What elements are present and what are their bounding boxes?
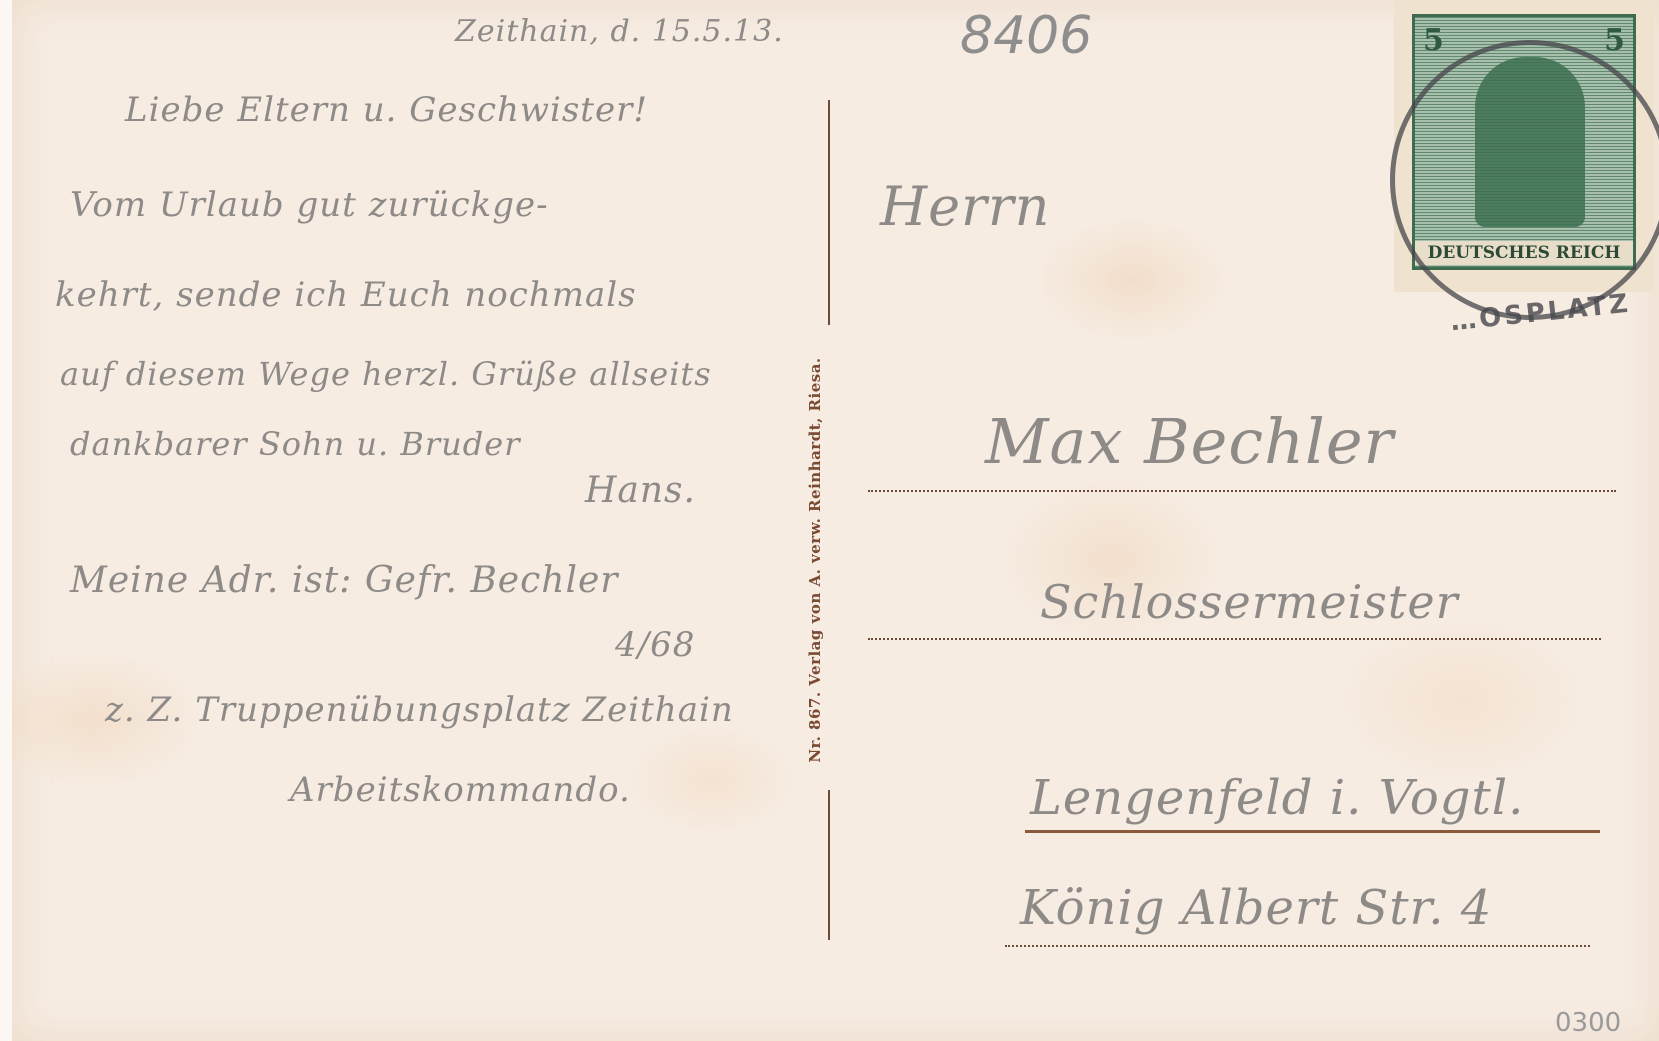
divider-bottom — [828, 790, 830, 940]
sender-detachment: Arbeitskommando. — [290, 770, 631, 810]
address-line-1 — [868, 490, 1616, 492]
postmark-circle — [1390, 40, 1659, 320]
divider-top — [828, 100, 830, 325]
place-date: Zeithain, d. 15.5.13. — [455, 14, 784, 49]
publisher-imprint: Nr. 867. Verlag von A. verw. Reinhardt, … — [806, 357, 824, 762]
sender-location: z. Z. Truppenübungsplatz Zeithain — [105, 690, 734, 730]
stamp-value-left: 5 — [1423, 23, 1444, 58]
stamp-value-right: 5 — [1604, 23, 1625, 58]
sender-address-note: Meine Adr. ist: Gefr. Bechler — [70, 560, 619, 601]
address-line-3 — [1005, 945, 1590, 947]
corner-number: 0300 — [1555, 1008, 1621, 1038]
address-city: Lengenfeld i. Vogtl. — [1030, 770, 1524, 826]
signature: Hans. — [585, 470, 696, 511]
address-line-2 — [868, 638, 1601, 640]
address-street: König Albert Str. 4 — [1020, 880, 1492, 936]
message-line-2: kehrt, sende ich Euch nochmals — [55, 275, 637, 315]
message-line-1: Vom Urlaub gut zurückge- — [70, 185, 549, 225]
address-salutation: Herrn — [880, 175, 1050, 238]
address-name: Max Bechler — [985, 405, 1394, 478]
address-occupation: Schlossermeister — [1040, 575, 1459, 629]
sender-unit: 4/68 — [615, 625, 695, 665]
address-city-underline — [1025, 830, 1600, 833]
archive-number: 8406 — [960, 6, 1092, 66]
greeting: Liebe Eltern u. Geschwister! — [125, 90, 648, 130]
message-line-3: auf diesem Wege herzl. Grüße allseits — [60, 355, 712, 393]
message-line-4: dankbarer Sohn u. Bruder — [70, 425, 521, 463]
